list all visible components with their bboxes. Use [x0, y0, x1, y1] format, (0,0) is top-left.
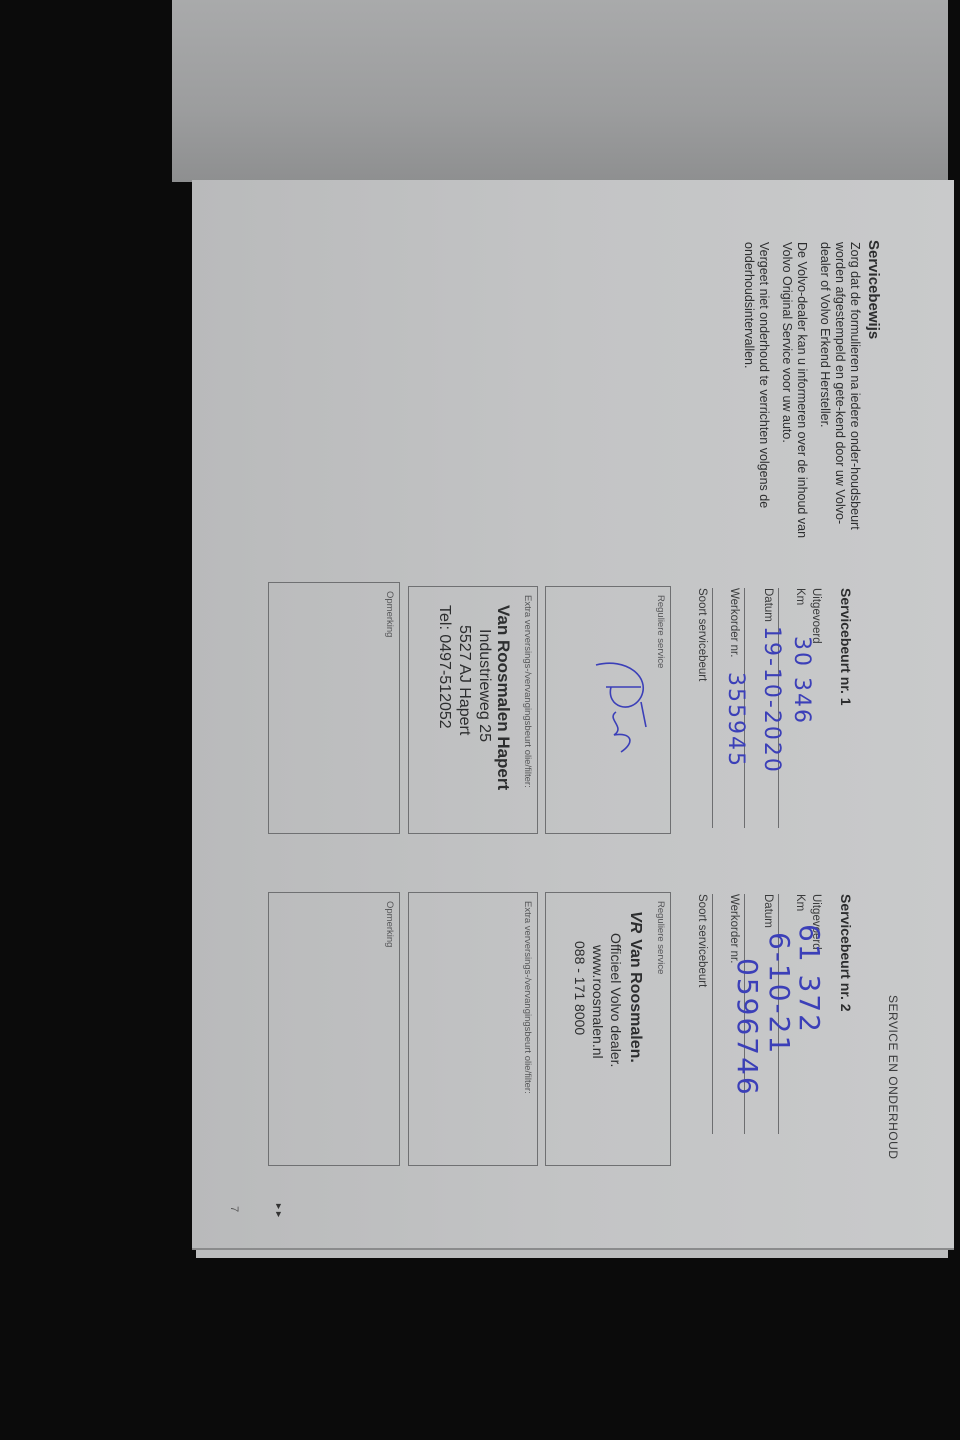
intro-paragraph: Zorg dat de formulieren na iedere onder-…	[817, 242, 862, 542]
service-2-type-label: Soort servicebeurt	[696, 894, 708, 987]
intro-block: Servicebewijs	[865, 240, 882, 339]
service-1-km-value: 30 346	[789, 636, 814, 725]
page-number: 7	[228, 1206, 240, 1212]
box-label: Opmerking	[384, 591, 395, 637]
service-1-remark-box: Opmerking	[268, 582, 400, 834]
service-2-km-value: 61 372	[793, 924, 826, 1034]
booklet-page: SERVICE EN ONDERHOUD Servicebewijs Zorg …	[192, 180, 954, 1248]
box-label: Reguliere service	[655, 595, 666, 668]
dealer-stamp-website: www.roosmalen.nl	[590, 945, 606, 1059]
service-2-date-label: Datum	[762, 894, 774, 928]
dealer-stamp-name: Van Roosmalen Hapert	[493, 605, 513, 790]
box-label: Extra verversings-/vervangingsbeurt olie…	[522, 901, 533, 1094]
service-1-extra-box: Extra verversings-/vervangingsbeurt olie…	[408, 586, 538, 834]
dealer-stamp-name: VRVan Roosmalen.	[626, 911, 644, 1063]
vr-logo-icon: VR	[627, 911, 644, 933]
service-1-work-order-label: Werkorder nr.	[728, 588, 740, 657]
divider	[712, 588, 713, 828]
dealer-stamp-tagline: Officieel Volvo dealer.	[608, 933, 624, 1067]
box-label: Reguliere service	[655, 901, 666, 974]
intro-text: Zorg dat de formulieren na iedere onder-…	[733, 242, 862, 542]
service-2-date-value: 6-10-21	[763, 932, 796, 1055]
service-1-regular-box: Reguliere service	[545, 586, 671, 834]
dealer-stamp-address: Industrieweg 25	[475, 629, 493, 742]
intro-paragraph: De Volvo-dealer kan u informeren over de…	[779, 242, 809, 542]
service-2-remark-box: Opmerking	[268, 892, 400, 1166]
intro-title: Servicebewijs	[865, 240, 882, 339]
dealer-stamp-phone: Tel: 0497-512052	[435, 605, 453, 729]
section-header: SERVICE EN ONDERHOUD	[886, 995, 900, 1159]
dealer-stamp-phone: 088 - 171 8000	[572, 941, 588, 1035]
service-1-title: Servicebeurt nr. 1	[838, 588, 854, 706]
service-2-regular-box: Reguliere service VRVan Roosmalen. Offic…	[545, 892, 671, 1166]
facing-page	[172, 0, 948, 182]
next-page-icon: ▼▼	[274, 1202, 283, 1218]
divider	[712, 894, 713, 1134]
service-1-date-value: 19-10-2020	[759, 626, 784, 774]
service-2-km-label: Km	[794, 894, 806, 911]
intro-paragraph: Vergeet niet onderhoud te verrichten vol…	[741, 242, 771, 542]
signature-icon	[586, 657, 656, 757]
box-label: Extra verversings-/vervangingsbeurt olie…	[522, 595, 533, 788]
service-2-title: Servicebeurt nr. 2	[838, 894, 854, 1012]
service-1-type-label: Soort servicebeurt	[696, 588, 708, 681]
service-1-km-label: Km	[794, 588, 806, 605]
service-2-extra-box: Extra verversings-/vervangingsbeurt olie…	[408, 892, 538, 1166]
service-2-work-order-label: Werkorder nr.	[728, 894, 740, 963]
service-1-date-label: Datum	[762, 588, 774, 622]
box-label: Opmerking	[384, 901, 395, 947]
dealer-stamp-city: 5527 AJ Hapert	[455, 625, 473, 735]
service-2-work-order-value: 0596746	[731, 958, 764, 1097]
service-1-work-order-value: 355945	[723, 672, 748, 768]
